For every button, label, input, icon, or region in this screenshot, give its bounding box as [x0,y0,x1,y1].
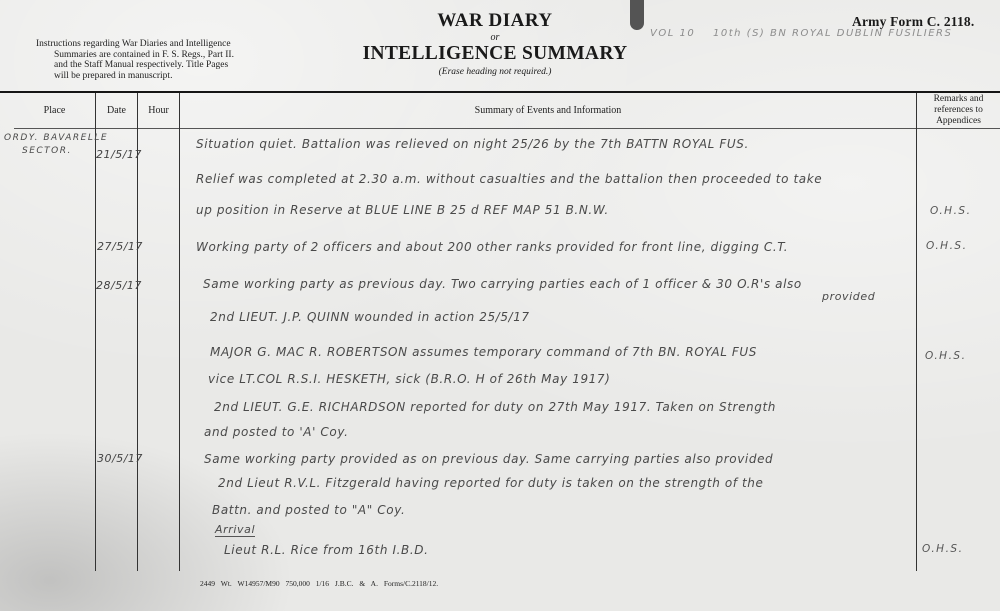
place-entry: SECTOR. [22,146,72,156]
title-war-diary: WAR DIARY [360,10,630,32]
column-header-hour: Hour [138,92,179,128]
place-entry: ORDY. BAVARELLE [4,133,108,143]
summary-line: vice LT.COL R.S.I. HESKETH, sick (B.R.O.… [208,372,610,386]
summary-line: 2nd LIEUT. G.E. RICHARDSON reported for … [214,400,776,414]
punch-hole [630,0,644,30]
header-bottom-rule [14,128,1000,129]
remark-initials: O.H.S. [930,205,971,217]
form-footer: 2449 Wt. W14957/M90 750,000 1/16 J.B.C. … [200,579,438,588]
summary-line: Working party of 2 officers and about 20… [196,240,788,254]
column-header-summary: Summary of Events and Information [180,92,916,128]
column-divider [137,93,138,571]
column-divider [95,93,96,571]
instructions-line: Summaries are contained in F. S. Regs., … [36,50,266,61]
summary-line: Same working party provided as on previo… [204,452,773,466]
instructions-line: Instructions regarding War Diaries and I… [36,39,266,50]
summary-line: Battn. and posted to "A" Coy. [212,503,405,517]
title-note: (Erase heading not required.) [360,67,630,77]
remark-initials: O.H.S. [925,350,966,362]
summary-line: 2nd LIEUT. J.P. QUINN wounded in action … [210,310,530,324]
column-divider [916,93,917,571]
date-entry: 30/5/17 [97,452,143,465]
column-header-place: Place [14,92,95,128]
summary-line: Lieut R.L. Rice from 16th I.B.D. [224,543,429,557]
instructions-line: will be prepared in manuscript. [36,71,266,82]
unit-name: 10th (S) BN ROYAL DUBLIN FUSILIERS [713,28,952,39]
summary-line: Situation quiet. Battalion was relieved … [196,137,749,151]
remark-initials: O.H.S. [926,240,967,252]
column-header-remarks: Remarks and references to Appendices [917,92,1000,128]
summary-line: up position in Reserve at BLUE LINE B 25… [196,203,609,217]
instructions-note: Instructions regarding War Diaries and I… [36,39,266,81]
summary-line: Arrival [215,523,255,537]
remark-initials: O.H.S. [922,543,963,555]
date-entry: 28/5/17 [96,279,142,292]
column-header-date: Date [96,92,137,128]
summary-line: Same working party as previous day. Two … [203,277,802,291]
summary-line: Relief was completed at 2.30 a.m. withou… [196,172,822,186]
instructions-line: and the Staff Manual respectively. Title… [36,60,266,71]
form-title: WAR DIARY or INTELLIGENCE SUMMARY (Erase… [360,10,630,77]
summary-line: MAJOR G. MAC R. ROBERTSON assumes tempor… [210,345,757,359]
summary-line: 2nd Lieut R.V.L. Fitzgerald having repor… [218,476,764,490]
date-entry: 21/5/17 [96,148,142,161]
title-or: or [360,32,630,43]
title-intelligence-summary: INTELLIGENCE SUMMARY [360,43,630,65]
date-entry: 27/5/17 [97,240,143,253]
summary-line: provided [822,290,875,303]
column-divider [179,93,180,571]
volume-note: VOL 10 [650,28,695,39]
summary-line: and posted to 'A' Coy. [204,425,349,439]
